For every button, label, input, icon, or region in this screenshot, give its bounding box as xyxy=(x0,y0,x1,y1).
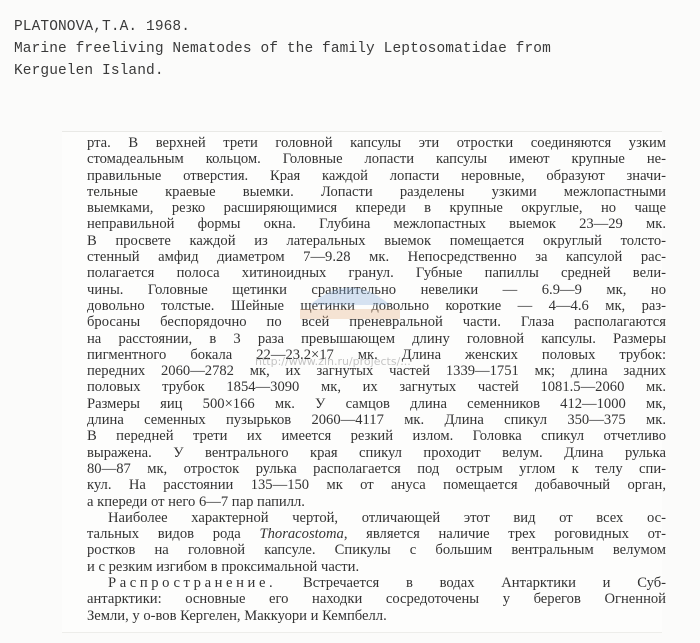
morphology-line: тельные краевые выемки. Лопасти разделен… xyxy=(87,184,666,200)
morphology-line: стомадеальным кольцом. Головные лопасти … xyxy=(87,151,666,167)
citation-title-line-2: Kerguelen Island. xyxy=(14,60,694,82)
morphology-line: В передней трети их имеется резкий излом… xyxy=(87,428,666,444)
diagnosis-line: Наиболее характерной чертой, отличающей … xyxy=(87,510,666,526)
distribution-line: Земли, у о-вов Кергелен, Маккуори и Кемп… xyxy=(87,608,666,624)
morphology-line: довольно толстые. Шейные щетинки довольн… xyxy=(87,298,666,314)
morphology-line: передних 2060—2782 мк, их загнутых часте… xyxy=(87,363,666,379)
diagnosis-line: ростков на головной капсуле. Спикулы с б… xyxy=(87,542,666,558)
morphology-line: рта. В верхней трети головной капсулы эт… xyxy=(87,135,666,151)
species-description: рта. В верхней трети головной капсулы эт… xyxy=(87,135,666,624)
paragraph-distribution: Распространение. Встречается в водах Ант… xyxy=(87,575,666,624)
morphology-line: половых трубок 1854—3090 мк, их загнутых… xyxy=(87,379,666,395)
diagnosis-line: тальных видов рода Thoracostoma, являетс… xyxy=(87,526,666,542)
paragraph-diagnosis: Наиболее характерной чертой, отличающей … xyxy=(87,510,666,575)
section-heading-distribution: Распространение. xyxy=(108,575,276,591)
morphology-line: выемками, резко расширяющимися кпереди в… xyxy=(87,200,666,216)
genus-name: Thoracostoma xyxy=(259,526,343,542)
citation-title-line-1: Marine freeliving Nematodes of the famil… xyxy=(14,38,694,60)
diagnosis-line: и с резким изгибом в проксимальной части… xyxy=(87,559,666,575)
morphology-line: кул. На расстоянии 135—150 мк от ануса п… xyxy=(87,477,666,493)
morphology-line: выражена. У вентрального края спикул про… xyxy=(87,445,666,461)
citation-author-year: PLATONOVA,T.A. 1968. xyxy=(14,16,694,38)
morphology-line: В просвете каждой из латеральных выемок … xyxy=(87,233,666,249)
distribution-line: Распространение. Встречается в водах Ант… xyxy=(87,575,666,591)
morphology-line: правильные отверстия. Края каждой лопаст… xyxy=(87,168,666,184)
paragraph-morphology: рта. В верхней трети головной капсулы эт… xyxy=(87,135,666,510)
morphology-line: длина семенных пузырьков 2060—4117 мк. Д… xyxy=(87,412,666,428)
morphology-line: на расстоянии, в 3 раза превышающем длин… xyxy=(87,331,666,347)
morphology-line: а кпереди от него 6—7 пар папилл. xyxy=(87,494,666,510)
morphology-line: пигментного бокала 22—23.2×17 мк. Длина … xyxy=(87,347,666,363)
citation-header: PLATONOVA,T.A. 1968. Marine freeliving N… xyxy=(14,16,694,82)
morphology-line: Размеры яиц 500×166 мк. У самцов длина с… xyxy=(87,396,666,412)
morphology-line: полагается полоса хитиноидных гранул. Гу… xyxy=(87,265,666,281)
morphology-line: чины. Головные щетинки сравнительно неве… xyxy=(87,282,666,298)
morphology-line: бросаны беспорядочно по всей преневральн… xyxy=(87,314,666,330)
morphology-line: стенный амфид диаметром 7—9.28 мк. Непос… xyxy=(87,249,666,265)
distribution-line: антарктики: основные его находки сосредо… xyxy=(87,591,666,607)
morphology-line: неправильной формы окна. Глубина межлопа… xyxy=(87,216,666,232)
morphology-line: 80—87 мк, отросток рулька располагается … xyxy=(87,461,666,477)
